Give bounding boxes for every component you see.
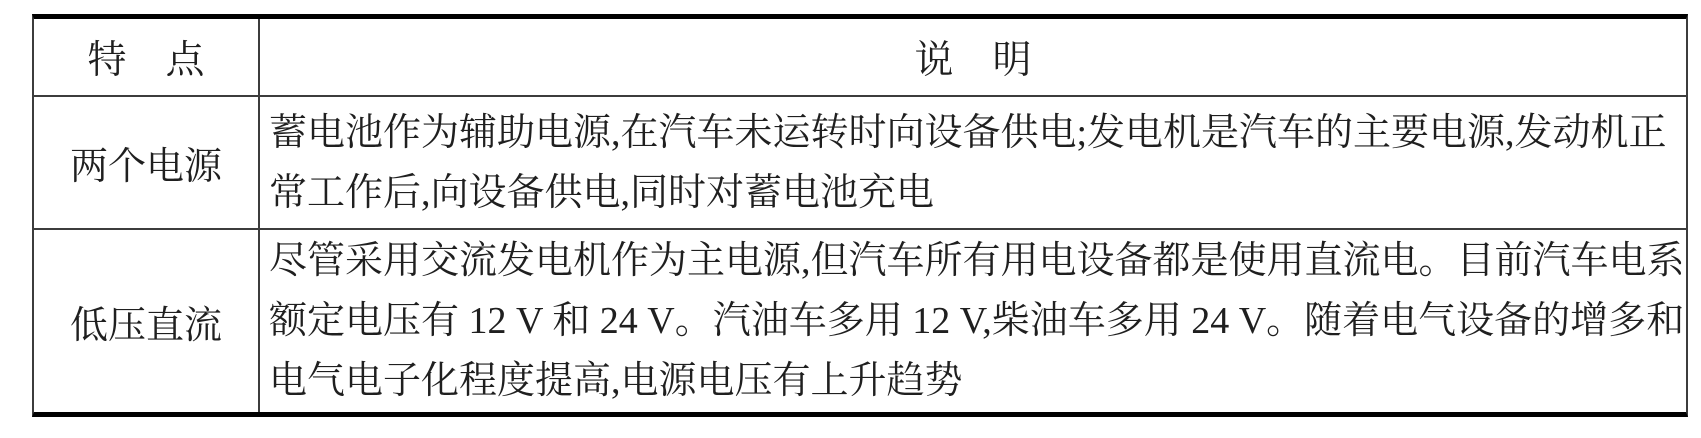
desc-line: 额定电压有 12 V 和 24 V。汽油车多用 12 V,柴油车多用 24 V。… — [269, 291, 1682, 351]
feature-label: 两个电源 — [70, 135, 222, 190]
description-cell: 蓄电池作为辅助电源,在汽车未运转时向设备供电;发电机是汽车的主要电源,发动机正 … — [260, 97, 1686, 228]
header-description-cell: 说 明 — [260, 19, 1686, 95]
table-row-two-power-sources: 两个电源 蓄电池作为辅助电源,在汽车未运转时向设备供电;发电机是汽车的主要电源,… — [34, 97, 1686, 230]
feature-label: 低压直流 — [70, 294, 222, 349]
header-feature-label: 特 点 — [87, 29, 204, 85]
desc-line: 蓄电池作为辅助电源,在汽车未运转时向设备供电;发电机是汽车的主要电源,发动机正 — [269, 103, 1682, 163]
description-cell: 尽管采用交流发电机作为主电源,但汽车所有用电设备都是使用直流电。目前汽车电系 额… — [260, 230, 1686, 412]
header-description-label: 说 明 — [914, 29, 1031, 85]
desc-line: 电气电子化程度提高,电源电压有上升趋势 — [269, 351, 1682, 411]
desc-line: 常工作后,向设备供电,同时对蓄电池充电 — [269, 163, 1682, 223]
header-feature-cell: 特 点 — [34, 19, 260, 95]
feature-cell: 两个电源 — [34, 97, 260, 228]
feature-cell: 低压直流 — [34, 230, 260, 412]
page: 特 点 说 明 两个电源 蓄电池作为辅助电源,在汽车未运转时向设备供电;发电机是… — [0, 0, 1701, 438]
desc-line: 尽管采用交流发电机作为主电源,但汽车所有用电设备都是使用直流电。目前汽车电系 — [269, 231, 1682, 291]
table-row-low-voltage-dc: 低压直流 尽管采用交流发电机作为主电源,但汽车所有用电设备都是使用直流电。目前汽… — [34, 230, 1686, 412]
features-table: 特 点 说 明 两个电源 蓄电池作为辅助电源,在汽车未运转时向设备供电;发电机是… — [32, 14, 1688, 417]
header-row: 特 点 说 明 — [34, 19, 1686, 97]
